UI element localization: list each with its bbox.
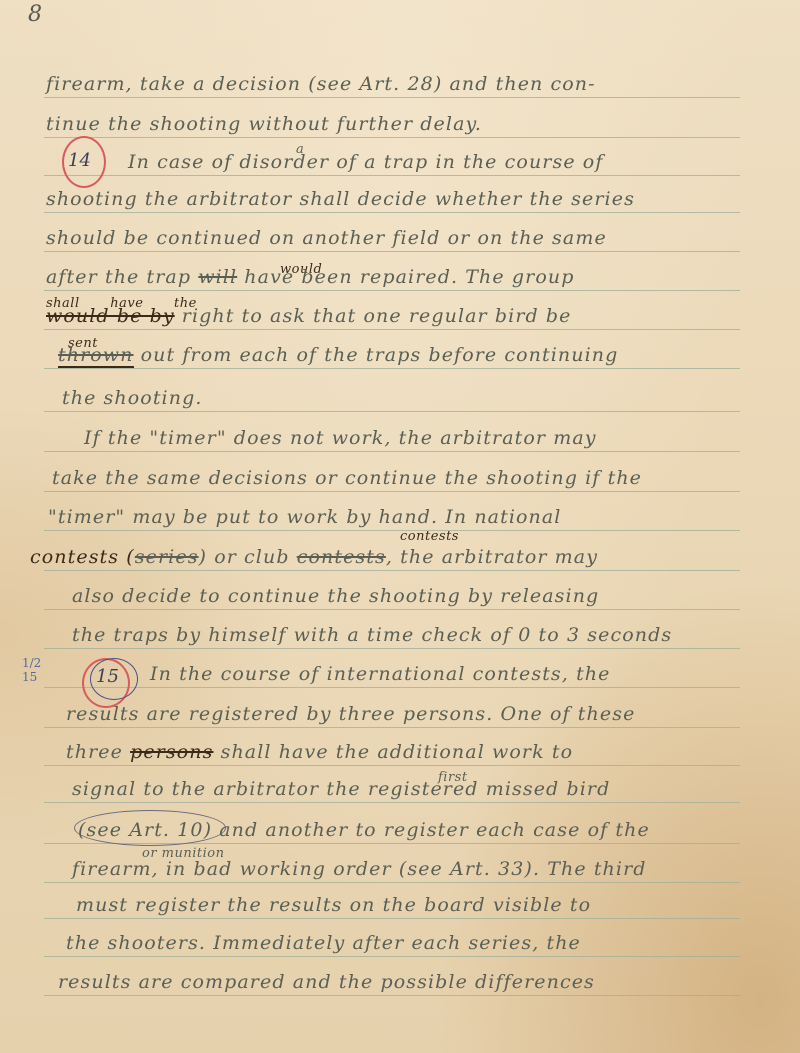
- text-line: results are compared and the possible di…: [0, 967, 800, 997]
- line-text: In case of disorder of a trap in the cou…: [128, 151, 603, 173]
- text-line: firearm, take a decision (see Art. 28) a…: [0, 69, 800, 99]
- text-line: results are registered by three persons.…: [0, 699, 800, 729]
- line-text: the shooting.: [62, 387, 202, 409]
- line-text: the traps by himself with a time check o…: [72, 624, 672, 646]
- text-line: after the trap will have been repaired. …: [0, 262, 800, 292]
- text-line: the traps by himself with a time check o…: [0, 620, 800, 650]
- line-text: shall have the additional work to: [213, 741, 573, 763]
- text-line: (see Art. 10) and another to register ea…: [0, 815, 800, 845]
- line-text: take the same decisions or continue the …: [52, 467, 642, 489]
- line-text: also decide to continue the shooting by …: [72, 585, 599, 607]
- text-line: signal to the arbitrator the registered …: [0, 774, 800, 804]
- text-line: also decide to continue the shooting by …: [0, 581, 800, 611]
- text-line: If the "timer" does not work, the arbitr…: [0, 423, 800, 453]
- text-line: firearm, in bad working order (see Art. …: [0, 854, 800, 884]
- struck-word: will: [198, 266, 237, 288]
- text-line: take the same decisions or continue the …: [0, 463, 800, 493]
- struck-word: thrown: [58, 344, 134, 368]
- text-line: contests (series) or club contests, the …: [0, 542, 800, 572]
- struck-word: series: [135, 546, 199, 568]
- text-line: thrown out from each of the traps before…: [0, 340, 800, 370]
- line-text: results are compared and the possible di…: [58, 971, 595, 993]
- line-text: ) or club: [199, 546, 297, 568]
- line-text: right to ask that one regular bird be: [175, 305, 572, 327]
- line-text: shooting the arbitrator shall decide whe…: [46, 188, 635, 210]
- line-text: results are registered by three persons.…: [66, 703, 635, 725]
- line-text: (see Art. 10) and another to register ea…: [78, 819, 650, 841]
- text-line: In case of disorder of a trap in the cou…: [0, 147, 800, 177]
- line-text: In the course of international contests,…: [150, 663, 610, 685]
- line-text: firearm, take a decision (see Art. 28) a…: [46, 73, 596, 95]
- line-text: "timer" may be put to work by hand. In n…: [48, 506, 561, 528]
- line-text: have been repaired. The group: [237, 266, 574, 288]
- manuscript-page: 8 firearm, take a decision (see Art. 28)…: [0, 0, 800, 1053]
- text-line: In the course of international contests,…: [0, 659, 800, 689]
- text-line: the shooters. Immediately after each ser…: [0, 928, 800, 958]
- line-text: signal to the arbitrator the registered …: [72, 778, 610, 800]
- text-line: should be continued on another field or …: [0, 223, 800, 253]
- struck-words: would be by: [46, 305, 175, 327]
- text-line: tinue the shooting without further delay…: [0, 109, 800, 139]
- text-line: must register the results on the board v…: [0, 890, 800, 920]
- line-text: three: [66, 741, 130, 763]
- struck-word: contests: [297, 546, 386, 568]
- text-line: would be by right to ask that one regula…: [0, 301, 800, 331]
- line-text: If the "timer" does not work, the arbitr…: [84, 427, 597, 449]
- line-text: , the arbitrator may: [386, 546, 598, 568]
- line-text: after the trap: [46, 266, 198, 288]
- line-text: the shooters. Immediately after each ser…: [66, 932, 581, 954]
- text-line: the shooting.: [0, 383, 800, 413]
- line-text: out from each of the traps before contin…: [134, 344, 619, 366]
- text-line: shooting the arbitrator shall decide whe…: [0, 184, 800, 214]
- struck-word: persons: [130, 741, 213, 763]
- line-text: firearm, in bad working order (see Art. …: [72, 858, 647, 880]
- line-text: contests (: [30, 546, 135, 568]
- line-text: must register the results on the board v…: [76, 894, 591, 916]
- line-text: tinue the shooting without further delay…: [46, 113, 482, 135]
- text-line: three persons shall have the additional …: [0, 737, 800, 767]
- text-line: "timer" may be put to work by hand. In n…: [0, 502, 800, 532]
- line-text: should be continued on another field or …: [46, 227, 607, 249]
- page-number: 8: [28, 2, 42, 27]
